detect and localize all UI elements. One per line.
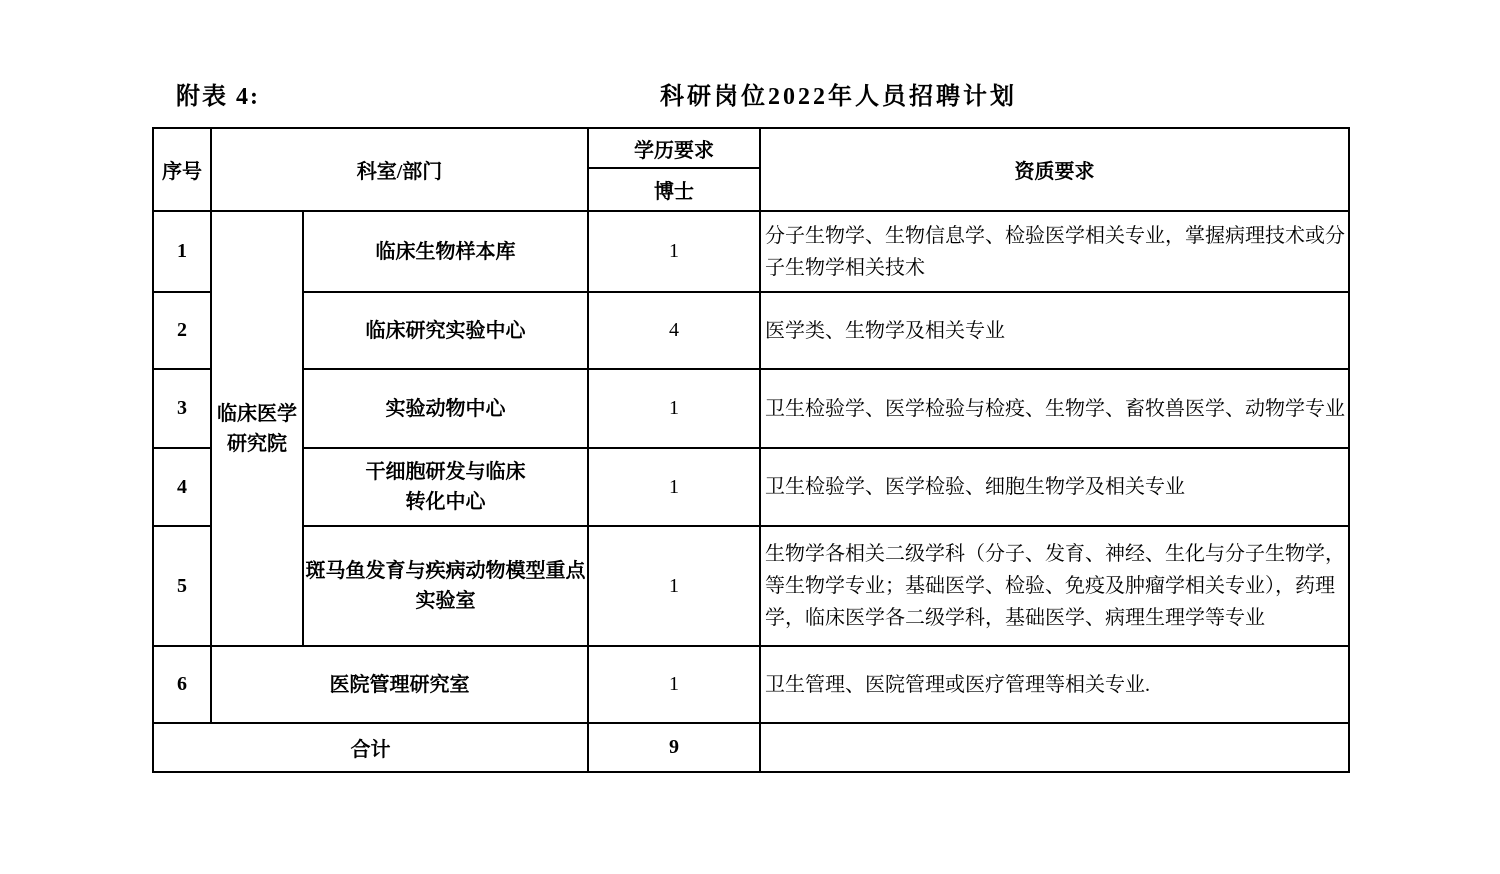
header-department: 科室/部门 <box>211 128 588 211</box>
seq-cell: 6 <box>153 646 211 723</box>
table-row: 2 临床研究实验中心 4 医学类、生物学及相关专业 <box>153 292 1349 369</box>
document-title: 科研岗位2022年人员招聘计划 <box>660 76 1017 111</box>
count-cell: 1 <box>588 211 760 292</box>
table-row: 1 临床医学 研究院 临床生物样本库 1 分子生物学、生物信息学、检验医学相关专… <box>153 211 1349 292</box>
seq-cell: 4 <box>153 448 211 526</box>
seq-cell: 3 <box>153 369 211 448</box>
qualification-cell: 生物学各相关二级学科（分子、发育、神经、生化与分子生物学，等生物学专业；基础医学… <box>760 526 1349 646</box>
table-row: 3 实验动物中心 1 卫生检验学、医学检验与检疫、生物学、畜牧兽医学、动物学专业 <box>153 369 1349 448</box>
recruitment-table: 序号 科室/部门 学历要求 资质要求 博士 1 临床医学 研究院 临床生物样本库… <box>152 127 1350 773</box>
qualification-cell: 卫生管理、医院管理或医疗管理等相关专业. <box>760 646 1349 723</box>
total-label-cell: 合计 <box>153 723 588 772</box>
header-seq: 序号 <box>153 128 211 211</box>
seq-cell: 1 <box>153 211 211 292</box>
department-cell: 实验动物中心 <box>303 369 588 448</box>
header-row-top: 序号 科室/部门 学历要求 资质要求 <box>153 128 1349 168</box>
qualification-cell: 卫生检验学、医学检验、细胞生物学及相关专业 <box>760 448 1349 526</box>
count-cell: 1 <box>588 526 760 646</box>
department-cell: 临床生物样本库 <box>303 211 588 292</box>
total-row: 合计 9 <box>153 723 1349 772</box>
total-count-cell: 9 <box>588 723 760 772</box>
table-row: 5 斑马鱼发育与疾病动物模型重点 实验室 1 生物学各相关二级学科（分子、发育、… <box>153 526 1349 646</box>
department-cell: 斑马鱼发育与疾病动物模型重点 实验室 <box>303 526 588 646</box>
qualification-cell: 医学类、生物学及相关专业 <box>760 292 1349 369</box>
table-row: 4 干细胞研发与临床 转化中心 1 卫生检验学、医学检验、细胞生物学及相关专业 <box>153 448 1349 526</box>
department-cell: 临床研究实验中心 <box>303 292 588 369</box>
count-cell: 4 <box>588 292 760 369</box>
count-cell: 1 <box>588 646 760 723</box>
count-cell: 1 <box>588 369 760 448</box>
count-cell: 1 <box>588 448 760 526</box>
department-cell: 医院管理研究室 <box>211 646 588 723</box>
seq-cell: 2 <box>153 292 211 369</box>
qualification-cell: 卫生检验学、医学检验与检疫、生物学、畜牧兽医学、动物学专业 <box>760 369 1349 448</box>
department-cell: 干细胞研发与临床 转化中心 <box>303 448 588 526</box>
header-education: 学历要求 <box>588 128 760 168</box>
seq-cell: 5 <box>153 526 211 646</box>
qualification-cell: 分子生物学、生物信息学、检验医学相关专业，掌握病理技术或分子生物学相关技术 <box>760 211 1349 292</box>
header-degree-doctor: 博士 <box>588 168 760 211</box>
total-empty-cell <box>760 723 1349 772</box>
appendix-label: 附表 4: <box>176 76 260 111</box>
table-row: 6 医院管理研究室 1 卫生管理、医院管理或医疗管理等相关专业. <box>153 646 1349 723</box>
header-qualification: 资质要求 <box>760 128 1349 211</box>
institute-cell: 临床医学 研究院 <box>211 211 303 646</box>
